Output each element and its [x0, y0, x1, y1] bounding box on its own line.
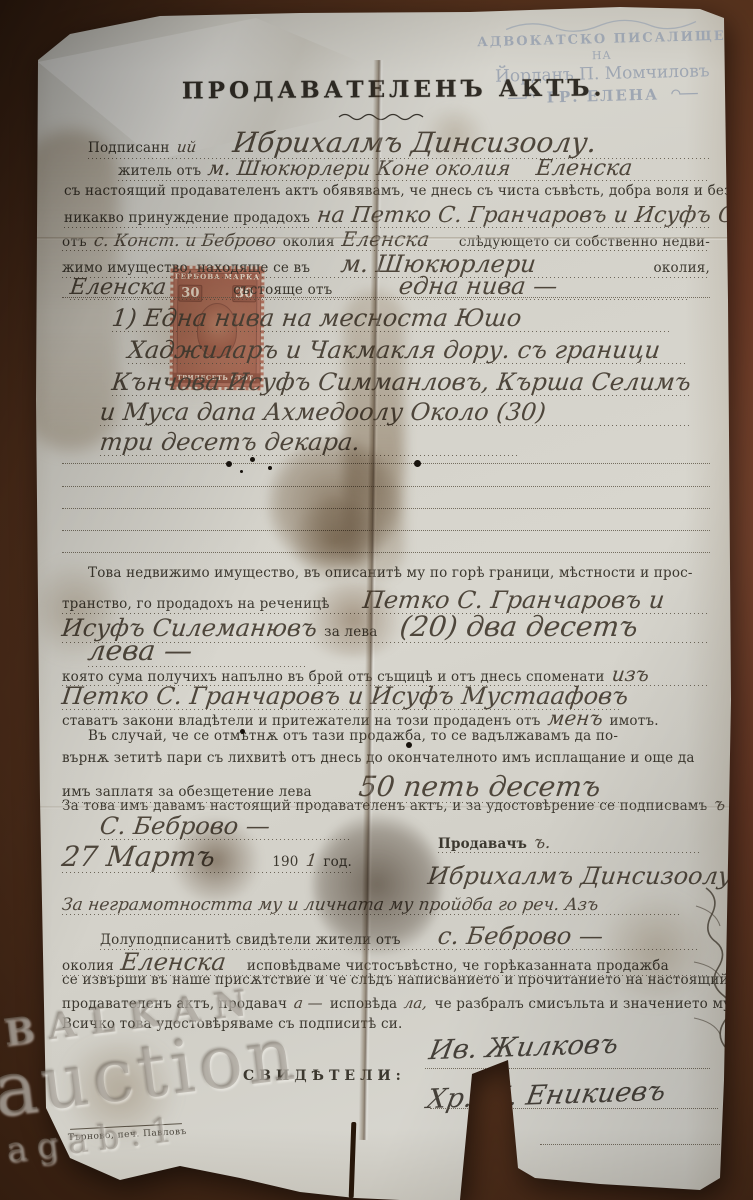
handwritten-text: За неграмотността му и личната му пройдб… [61, 895, 600, 915]
margin-signature-scribble [668, 880, 748, 1070]
ruled-line [62, 486, 710, 487]
intro-line-7: Еленска състояще отъ една нива — [70, 272, 690, 300]
ink-blot [240, 470, 243, 473]
handwritten-text: менъ [546, 706, 604, 730]
intro-line-1: Подписанн ий Ибрихалмъ Динсизоолу. [88, 126, 710, 159]
intro-line-4: никакво принуждение продадохъ на Петко С… [64, 203, 710, 228]
printed-text: се извърши въ наше присѫтствие и че слѣд… [62, 972, 729, 988]
property-line-3: Кънчова Исуфъ Симманловъ, Кърша Селимъ [112, 368, 692, 396]
paper-wrapper: АДВОКАТСКО ПИСАЛИЩЕ НА Йорданъ П. Момчил… [0, 0, 753, 1200]
handwritten-text: три десетъ декара. [98, 428, 361, 456]
property-line-1: 1) Една нива на месноста Юшо [112, 304, 672, 332]
intro-line-2: житель отъ м. Шюкюрлери Коне околия Елен… [118, 156, 710, 181]
printed-text: Това недвижимо имущество, въ описанитѣ м… [88, 565, 693, 581]
date-line: 27 Мартъ 1901 год. [62, 840, 352, 873]
handwritten-text: а — [293, 994, 324, 1012]
witness-signature-1: Ив. Жилковъ [430, 1032, 617, 1063]
printed-text: ставатъ закони владѣтели и притежатели н… [62, 713, 541, 729]
property-line-4: и Муса дапа Ахмедоолу Около (30) [100, 398, 690, 426]
photo-of-document: АДВОКАТСКО ПИСАЛИЩЕ НА Йорданъ П. Момчил… [0, 0, 753, 1200]
ruled-line [430, 1108, 718, 1109]
ink-blot [226, 461, 232, 467]
printer-imprint: Търново, печ. Павловъ [68, 1127, 187, 1143]
handwritten-text: и Муса дапа Ахмедоолу Около (30) [98, 398, 547, 426]
printed-text: исповѣда [330, 996, 397, 1012]
handwritten-text: ъ. [533, 833, 552, 853]
ruled-line [62, 463, 710, 464]
document-paper: АДВОКАТСКО ПИСАЛИЩЕ НА Йорданъ П. Момчил… [0, 0, 753, 1200]
printed-text: продавателенъ актъ, продавач [62, 996, 287, 1012]
handwritten-place: С. Беброво — [98, 812, 271, 840]
printed-text: за лева [324, 624, 377, 640]
printed-text: Всичко това удостовѣряваме съ подписитѣ … [62, 1016, 402, 1032]
handwritten-year-digit: 1 [304, 851, 317, 871]
printed-text: околия [283, 234, 335, 250]
witness-line-3: се извърши въ наше присѫтствие и че слѣд… [62, 972, 729, 988]
ruled-line [62, 508, 710, 509]
ink-blot [268, 466, 272, 470]
intro-line-5: отъ с. Конст. и Беброво околия Еленска с… [62, 227, 710, 251]
handwritten-text: Еленска [534, 156, 633, 181]
handwritten-seller-name: Ибрихалмъ Динсизоолу. [231, 126, 599, 159]
witnesses-label: СВИДѢТЕЛИ: [243, 1068, 406, 1084]
payment-line-4: Въ случай, че се отмѣтнѫ отъ тази продаж… [88, 728, 618, 744]
ink-blot [250, 457, 255, 462]
printed-text: Подписанн [88, 140, 170, 156]
property-line-2: Хаджиларъ и Чакмакля дору. съ граници [128, 336, 688, 364]
witness-signature-text: Ив. Жилковъ [427, 1029, 621, 1067]
printed-text: слѣдующето си собственно недви- [459, 234, 710, 250]
ruled-line [540, 1144, 720, 1145]
witness-line-5: Всичко това удостовѣряваме съ подписитѣ … [62, 1016, 402, 1032]
ruled-line [62, 530, 710, 531]
place-line: С. Беброво — [100, 812, 350, 840]
property-line-5: три десетъ декара. [100, 428, 520, 456]
stamp-flourish-right-icon [665, 88, 699, 99]
witness-line-1: Долуподписанитѣ свидѣтели жители отъ с. … [100, 922, 700, 950]
handwritten-date: 27 Мартъ [60, 840, 217, 873]
handwritten-text: ла, [403, 994, 428, 1012]
witness-signature-text: Хр. М. Еникиевъ [424, 1076, 668, 1115]
handwritten-text: на Петко С. Гранчаровъ и Исуфъ Силим- [316, 203, 753, 228]
printed-text: житель отъ [118, 163, 201, 179]
intro-line-3: съ настоящий продавателенъ актъ обявявам… [64, 183, 740, 199]
handwritten-text: с. Беброво — [436, 922, 604, 950]
ruled-line [62, 297, 710, 298]
ruled-line [62, 552, 710, 553]
printed-text: състояще отъ [233, 282, 332, 298]
handwritten-text: една нива — [398, 272, 560, 300]
handwritten-text: с. Конст. и Беброво [93, 231, 277, 251]
printed-text: върнѫ зетитѣ пари съ лихвитѣ отъ днесь д… [62, 750, 695, 766]
witness-line-4: продавателенъ актъ, продавач а — исповѣд… [62, 994, 736, 1012]
seller-label: Продавачъ [438, 836, 527, 852]
printed-text: имотъ. [610, 713, 659, 729]
printed-text: Въ случай, че се отмѣтнѫ отъ тази продаж… [88, 728, 618, 744]
printed-text: никакво принуждение продадохъ [64, 210, 310, 226]
handwritten-text: ий [176, 138, 198, 156]
handwritten-text: м. Шюкюрлери Коне околия [207, 156, 512, 180]
handwritten-text: 1) Една нива на месноста Юшо [110, 304, 523, 332]
printed-text: Долуподписанитѣ свидѣтели жители отъ [100, 932, 401, 948]
stain [55, 1040, 185, 1140]
seller-label-line: Продавачъ ъ. [438, 833, 700, 853]
illiteracy-line: За неграмотността му и личната му пройдб… [62, 895, 682, 915]
printed-text: отъ [62, 234, 87, 250]
payment-line-5: върнѫ зетитѣ пари съ лихвитѣ отъ днесь д… [62, 750, 695, 766]
handwritten-text: (20) два десетъ [398, 610, 640, 643]
stain [266, 436, 401, 571]
sale-line-1: Това недвижимо имущество, въ описанитѣ м… [88, 565, 693, 581]
handwritten-text: Кънчова Исуфъ Симманловъ, Кърша Селимъ [110, 368, 692, 396]
paper-tear-slit [349, 1122, 357, 1198]
document-title: ПРОДАВАТЕЛЕНЪ АКТЪ. [182, 75, 606, 105]
payment-line-3: ставатъ закони владѣтели и притежатели н… [62, 706, 659, 730]
printed-text: съ настоящий продавателенъ актъ обявявам… [64, 183, 740, 199]
witness-signature-2: Хр. М. Еникиевъ [428, 1080, 665, 1111]
printed-year-prefix: 190 [272, 854, 298, 870]
handwritten-text: ъ [713, 795, 727, 815]
printed-year-suffix: год. [323, 854, 352, 870]
handwritten-text: Еленска [340, 227, 430, 251]
handwritten-text: Хаджиларъ и Чакмакля дору. съ граници [126, 336, 662, 364]
title-underline-squiggle [338, 113, 434, 121]
